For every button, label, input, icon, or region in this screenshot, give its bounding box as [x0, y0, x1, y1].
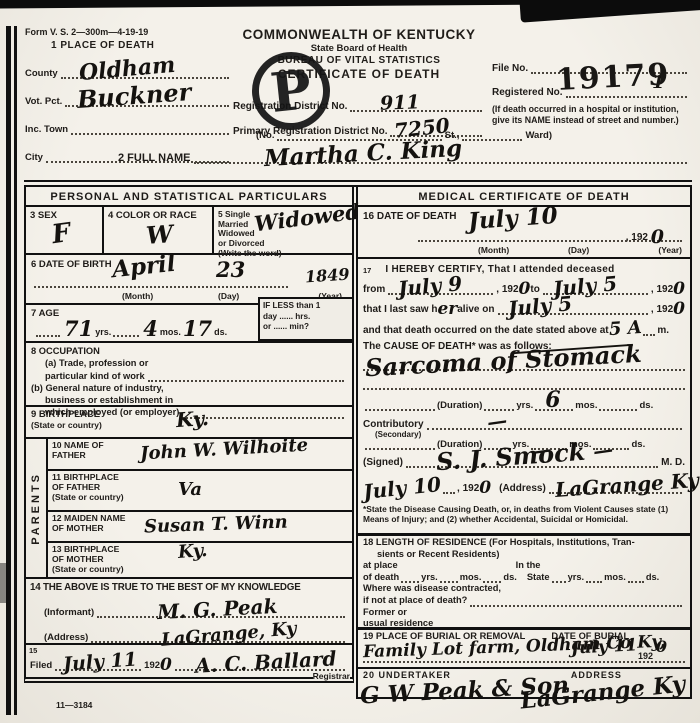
- contracted-line-2: if not at place of death?: [363, 595, 685, 607]
- certify-section-number: 17: [363, 266, 371, 275]
- contracted-line-2-text: if not at place of death?: [363, 595, 467, 607]
- burial-year-printed: 192: [638, 651, 653, 661]
- age-values-line: 71 yrs. 4 mos. 17 ds.: [34, 316, 249, 337]
- filed-year-value: 0: [160, 657, 172, 674]
- yrs-caption: yrs.: [95, 327, 111, 337]
- duration2-dots-3: —: [593, 440, 629, 450]
- res-dots-2: [440, 573, 458, 583]
- commonwealth-title: COMMONWEALTH OF KENTUCKY: [233, 27, 485, 42]
- contributory-line: Contributory —: [363, 419, 685, 430]
- res-mos-2: mos.: [604, 572, 626, 584]
- from-value: July 9: [397, 273, 463, 299]
- mother-birthplace-value: Ky.: [177, 542, 208, 562]
- sex-cell: 3 SEX F: [26, 207, 104, 253]
- parents-vertical-label: PARENTS: [26, 439, 48, 577]
- signed-date-dots: [443, 484, 455, 494]
- age-dots-1: [36, 327, 60, 337]
- date-of-death-label: 16 DATE OF DEATH: [363, 211, 457, 222]
- occurred-text: and that death occurred on the date stat…: [363, 325, 609, 336]
- sex-value: F: [50, 220, 72, 248]
- signed-date-address-line: July 10 , 192 0 (Address) LaGrange Ky: [363, 474, 685, 494]
- former-line-1: Former or: [363, 607, 685, 619]
- at-place-line: at place In the: [363, 560, 685, 572]
- voting-precinct-label: Vot. Pct.: [25, 96, 62, 107]
- duration-months-value: 6: [545, 389, 560, 411]
- res-yrs-2: yrs.: [568, 572, 585, 584]
- last-saw-post: alive on: [457, 304, 494, 315]
- sex-race-marital-row: 3 SEX F 4 COLOR OR RACE W 5 Single Marri…: [26, 207, 352, 255]
- occupation-row: 8 OCCUPATION (a) Trade, profession or pa…: [26, 343, 352, 407]
- informant-fill: M. G. Peak: [97, 607, 345, 618]
- registration-district-fill: 911: [350, 101, 482, 112]
- signature-fill: S. J. Smock: [406, 457, 658, 468]
- contributory-fill: —: [427, 419, 682, 430]
- informant-label: (Informant): [44, 607, 94, 618]
- full-name-value: Martha C. King: [263, 137, 462, 170]
- at-place-label: at place: [363, 560, 398, 572]
- to-year-printed: , 192: [651, 284, 673, 295]
- hospital-note: (If death occurred in a hospital or inst…: [492, 104, 690, 125]
- cause-duration-line: (Duration) yrs. 6 mos. ds.: [363, 400, 685, 411]
- certify-section: 17 I HEREBY CERTIFY, That I attended dec…: [358, 259, 690, 341]
- left-column-title: PERSONAL AND STATISTICAL PARTICULARS: [26, 187, 352, 207]
- dob-month-value: April: [111, 252, 177, 282]
- race-value: W: [145, 222, 174, 248]
- duration-dots-2: 6: [535, 401, 573, 411]
- dob-day-value: 23: [216, 259, 245, 280]
- res-dots-3: [483, 573, 501, 583]
- occupation-label: 8 OCCUPATION: [31, 345, 347, 357]
- registered-no-label: Registered No.: [492, 87, 563, 98]
- dob-label: 6 DATE OF BIRTH: [31, 259, 112, 270]
- duration-mos-caption: mos.: [575, 400, 597, 411]
- st-fill: [462, 130, 522, 141]
- contributory-mark: —: [485, 410, 508, 433]
- undertaker-section: 20 UNDERTAKER ADDRESS G W Peak & Son LaG…: [358, 667, 690, 697]
- age-days-value: 17: [183, 318, 212, 339]
- file-number-stamp: 19179: [555, 57, 671, 98]
- medical-certificate-column: MEDICAL CERTIFICATE OF DEATH 16 DATE OF …: [356, 187, 692, 699]
- ds-caption: ds.: [214, 327, 227, 337]
- informant-section: 14 THE ABOVE IS TRUE TO THE BEST OF MY K…: [26, 579, 352, 645]
- section1-title: 1 PLACE OF DEATH: [51, 40, 232, 51]
- last-saw-year-value: 0: [673, 301, 685, 318]
- mother-name-value: Susan T. Winn: [144, 514, 288, 537]
- date-of-death-row: 16 DATE OF DEATH July 10 , 192 0 (Month)…: [358, 207, 690, 259]
- dod-year-printed: , 192: [626, 232, 648, 243]
- age-row: 7 AGE 71 yrs. 4 mos. 17 ds. IF LESS than…: [26, 305, 352, 343]
- truth-statement: 14 THE ABOVE IS TRUE TO THE BEST OF MY K…: [30, 582, 348, 593]
- ward-label: Ward): [525, 130, 552, 141]
- certify-line: 17 I HEREBY CERTIFY, That I attended dec…: [363, 264, 685, 275]
- cause-of-death-section: The CAUSE OF DEATH* was as follows: Sarc…: [358, 341, 690, 419]
- res-dots-1: [401, 573, 419, 583]
- voting-precinct-line: Vot. Pct. Buckner: [25, 96, 232, 107]
- cause-label-line: The CAUSE OF DEATH* was as follows: Sarc…: [363, 341, 685, 352]
- residence-label-1: 18 LENGTH OF RESIDENCE (For Hospitals, I…: [363, 537, 685, 549]
- registrar-label: Registrar: [313, 671, 350, 681]
- last-saw-pre: that I last saw h: [363, 304, 437, 315]
- dod-year-caption: (Year): [658, 245, 682, 255]
- informant-line: (Informant) M. G. Peak: [30, 607, 348, 618]
- parents-rows: 10 NAME OF FATHER John W. Wilhoite 11 BI…: [48, 439, 352, 577]
- residence-label-2: sients or Recent Residents): [377, 549, 685, 561]
- parents-label-text: PARENTS: [30, 472, 42, 545]
- res-dots-6: [628, 573, 644, 583]
- mos-caption: mos.: [160, 327, 181, 337]
- scan-smudge: [0, 563, 6, 603]
- marital-cell: 5 Single Married Widowed or Divorced (Wr…: [214, 207, 352, 253]
- attended-from-to-line: from July 9 , 192 0 to July 5 , 192 0: [363, 278, 685, 295]
- cause-fill-line-2: [363, 388, 685, 390]
- last-saw-fill: July 5: [498, 304, 648, 315]
- burial-values-line: Family Lot farm, Oldham Co Ky, July 11 1…: [363, 641, 685, 663]
- burial-date-value: July 11: [570, 637, 637, 657]
- dod-day-caption: (Day): [568, 245, 589, 255]
- filed-section: 15 Filed July 11 192 0 A. C. Ballard Reg…: [26, 645, 352, 677]
- from-year-printed: , 192: [496, 284, 518, 295]
- age-months-value: 4: [143, 318, 158, 339]
- day-caption: (Day): [218, 291, 239, 301]
- duration-ds-caption: ds.: [639, 400, 653, 411]
- to-year-value: 0: [673, 281, 685, 298]
- res-dots-4: [552, 573, 566, 583]
- file-no-label: File No.: [492, 63, 528, 74]
- signed-address-label: (Address): [499, 483, 546, 494]
- signed-label: (Signed): [363, 457, 403, 468]
- county-fill: Oldham: [61, 68, 229, 79]
- dod-month-caption: (Month): [478, 245, 509, 255]
- full-name-line: 2 FULL NAME Martha C. King: [118, 152, 690, 164]
- father-name-row: 10 NAME OF FATHER John W. Wilhoite: [48, 439, 352, 471]
- father-birthplace-row: 11 BIRTHPLACE OF FATHER (State or countr…: [48, 471, 352, 512]
- death-certificate-page: Form V. S. 2—300m—4-19-19 1 PLACE OF DEA…: [0, 0, 700, 723]
- signed-year-printed: , 192: [457, 483, 479, 494]
- city-label: City: [25, 152, 43, 163]
- md-label: M. D.: [661, 457, 685, 468]
- filed-date-fill: July 11: [55, 660, 141, 671]
- duration-label: (Duration): [437, 400, 482, 411]
- main-columns: PERSONAL AND STATISTICAL PARTICULARS 3 S…: [24, 180, 692, 699]
- county-label: County: [25, 68, 58, 79]
- place-of-death-block: Form V. S. 2—300m—4-19-19 1 PLACE OF DEA…: [25, 27, 232, 163]
- signed-line: (Signed) S. J. Smock M. D.: [363, 457, 685, 468]
- occurred-dots: [643, 326, 655, 336]
- registrar-sig-fill: A. C. Ballard: [175, 660, 345, 671]
- race-cell: 4 COLOR OR RACE W: [104, 207, 214, 253]
- signed-year-value: 0: [479, 480, 491, 497]
- duration2-ds-caption: ds.: [631, 439, 645, 450]
- occupation-a-line2: particular kind of work: [45, 370, 347, 382]
- of-death-label: of death: [363, 572, 399, 584]
- filed-line: Filed July 11 192 0 A. C. Ballard: [30, 654, 348, 671]
- age-years-value: 71: [64, 318, 93, 339]
- print-code: 11—3184: [56, 700, 92, 710]
- res-dots-5: [586, 573, 602, 583]
- scan-artifact-corner: [519, 0, 700, 23]
- length-of-residence-section: 18 LENGTH OF RESIDENCE (For Hospitals, I…: [358, 533, 690, 627]
- physician-signature: S. J. Smock: [435, 440, 586, 474]
- occupation-b-line2: business or establishment in: [45, 394, 347, 406]
- birthplace-value: Ky.: [175, 408, 209, 430]
- if-less-than-day-note: IF LESS than 1 day ...... hrs. or ......…: [258, 297, 352, 341]
- filed-date-value: July 11: [63, 650, 138, 674]
- contracted-line-1: Where was disease contracted,: [363, 583, 685, 595]
- age-dots-2: [113, 327, 139, 337]
- from-fill: July 9: [388, 284, 493, 295]
- res-ds-1: ds.: [503, 572, 516, 584]
- res-ds-2: ds.: [646, 572, 659, 584]
- occupation-a-fill: [148, 371, 344, 382]
- occupation-a-line1: (a) Trade, profession or: [45, 357, 347, 369]
- death-occurred-line: and that death occurred on the date stat…: [363, 318, 685, 336]
- county-line: County Oldham: [25, 68, 232, 79]
- signed-address-value: LaGrange Ky: [554, 470, 699, 500]
- burial-section: 19 PLACE OF BURIAL OR REMOVAL DATE OF BU…: [358, 627, 690, 667]
- of-death-state-line: of death yrs. mos. ds. State yrs. mos. d…: [363, 572, 685, 584]
- informant-address-fill: LaGrange, Ky: [91, 632, 345, 643]
- physician-signature-section: (Signed) S. J. Smock M. D. July 10 , 192…: [358, 457, 690, 503]
- dob-fill: [34, 286, 288, 288]
- in-the-label: In the: [516, 560, 541, 572]
- filed-label: Filed: [30, 660, 52, 671]
- date-of-death-value: July 10: [467, 204, 558, 233]
- signed-address-fill: LaGrange Ky: [549, 483, 682, 494]
- registration-district-value: 911: [380, 93, 420, 113]
- last-saw-line: that I last saw h er alive on July 5 , 1…: [363, 298, 685, 315]
- secondary-sublabel: (Secondary): [375, 430, 685, 439]
- voting-precinct-fill: Buckner: [65, 96, 229, 107]
- res-mos-1: mos.: [460, 572, 482, 584]
- parents-section: PARENTS 10 NAME OF FATHER John W. Wilhoi…: [26, 439, 352, 579]
- voting-precinct-value: Buckner: [77, 80, 193, 112]
- father-birthplace-value: Va: [178, 481, 202, 499]
- state-label: State: [527, 572, 550, 584]
- cause-footnote: *State the Disease Causing Death, or, in…: [358, 503, 690, 533]
- duration-yrs-caption: yrs.: [516, 400, 533, 411]
- from-label: from: [363, 284, 385, 295]
- duration-dots-lead: [365, 401, 435, 411]
- month-caption: (Month): [122, 291, 153, 301]
- form-number: Form V. S. 2—300m—4-19-19: [25, 27, 232, 37]
- m-label: m.: [657, 325, 669, 336]
- contracted-fill: [470, 596, 682, 607]
- burial-year-value: 0: [656, 639, 667, 655]
- contributory-label: Contributory: [363, 419, 424, 430]
- full-name-label: 2 FULL NAME: [118, 152, 191, 164]
- informant-address-label: (Address): [44, 632, 88, 643]
- no-label: (No.: [256, 130, 274, 141]
- occupation-b-line1: (b) General nature of industry,: [31, 382, 347, 394]
- res-yrs-1: yrs.: [421, 572, 438, 584]
- signed-date-value: July 10: [362, 474, 442, 502]
- last-saw-year-printed: , 192: [651, 304, 673, 315]
- board-subtitle: State Board of Health: [233, 43, 485, 54]
- last-saw-her: er: [437, 301, 457, 318]
- inc-town-line: Inc. Town: [25, 124, 232, 135]
- inc-town-fill: [71, 124, 229, 135]
- filed-year-printed: 192: [144, 660, 160, 671]
- occupation-a-line2-text: particular kind of work: [45, 370, 145, 382]
- binding-edge: [6, 26, 17, 715]
- informant-address-line: (Address) LaGrange, Ky: [30, 632, 348, 643]
- last-saw-value: July 5: [507, 293, 573, 319]
- duration-dots-3: [599, 401, 637, 411]
- mother-name-row: 12 MAIDEN NAME OF MOTHER Susan T. Winn: [48, 512, 352, 543]
- dob-year-value: 1849: [305, 266, 351, 285]
- inc-town-label: Inc. Town: [25, 124, 68, 135]
- occurred-time-value: 5 A: [608, 319, 642, 339]
- full-name-fill: Martha C. King: [194, 153, 687, 164]
- informant-value: M. G. Peak: [157, 596, 278, 622]
- personal-particulars-column: PERSONAL AND STATISTICAL PARTICULARS 3 S…: [24, 187, 354, 683]
- duration2-dots-lead: [365, 440, 435, 450]
- mother-birthplace-row: 13 BIRTHPLACE OF MOTHER (State or countr…: [48, 543, 352, 577]
